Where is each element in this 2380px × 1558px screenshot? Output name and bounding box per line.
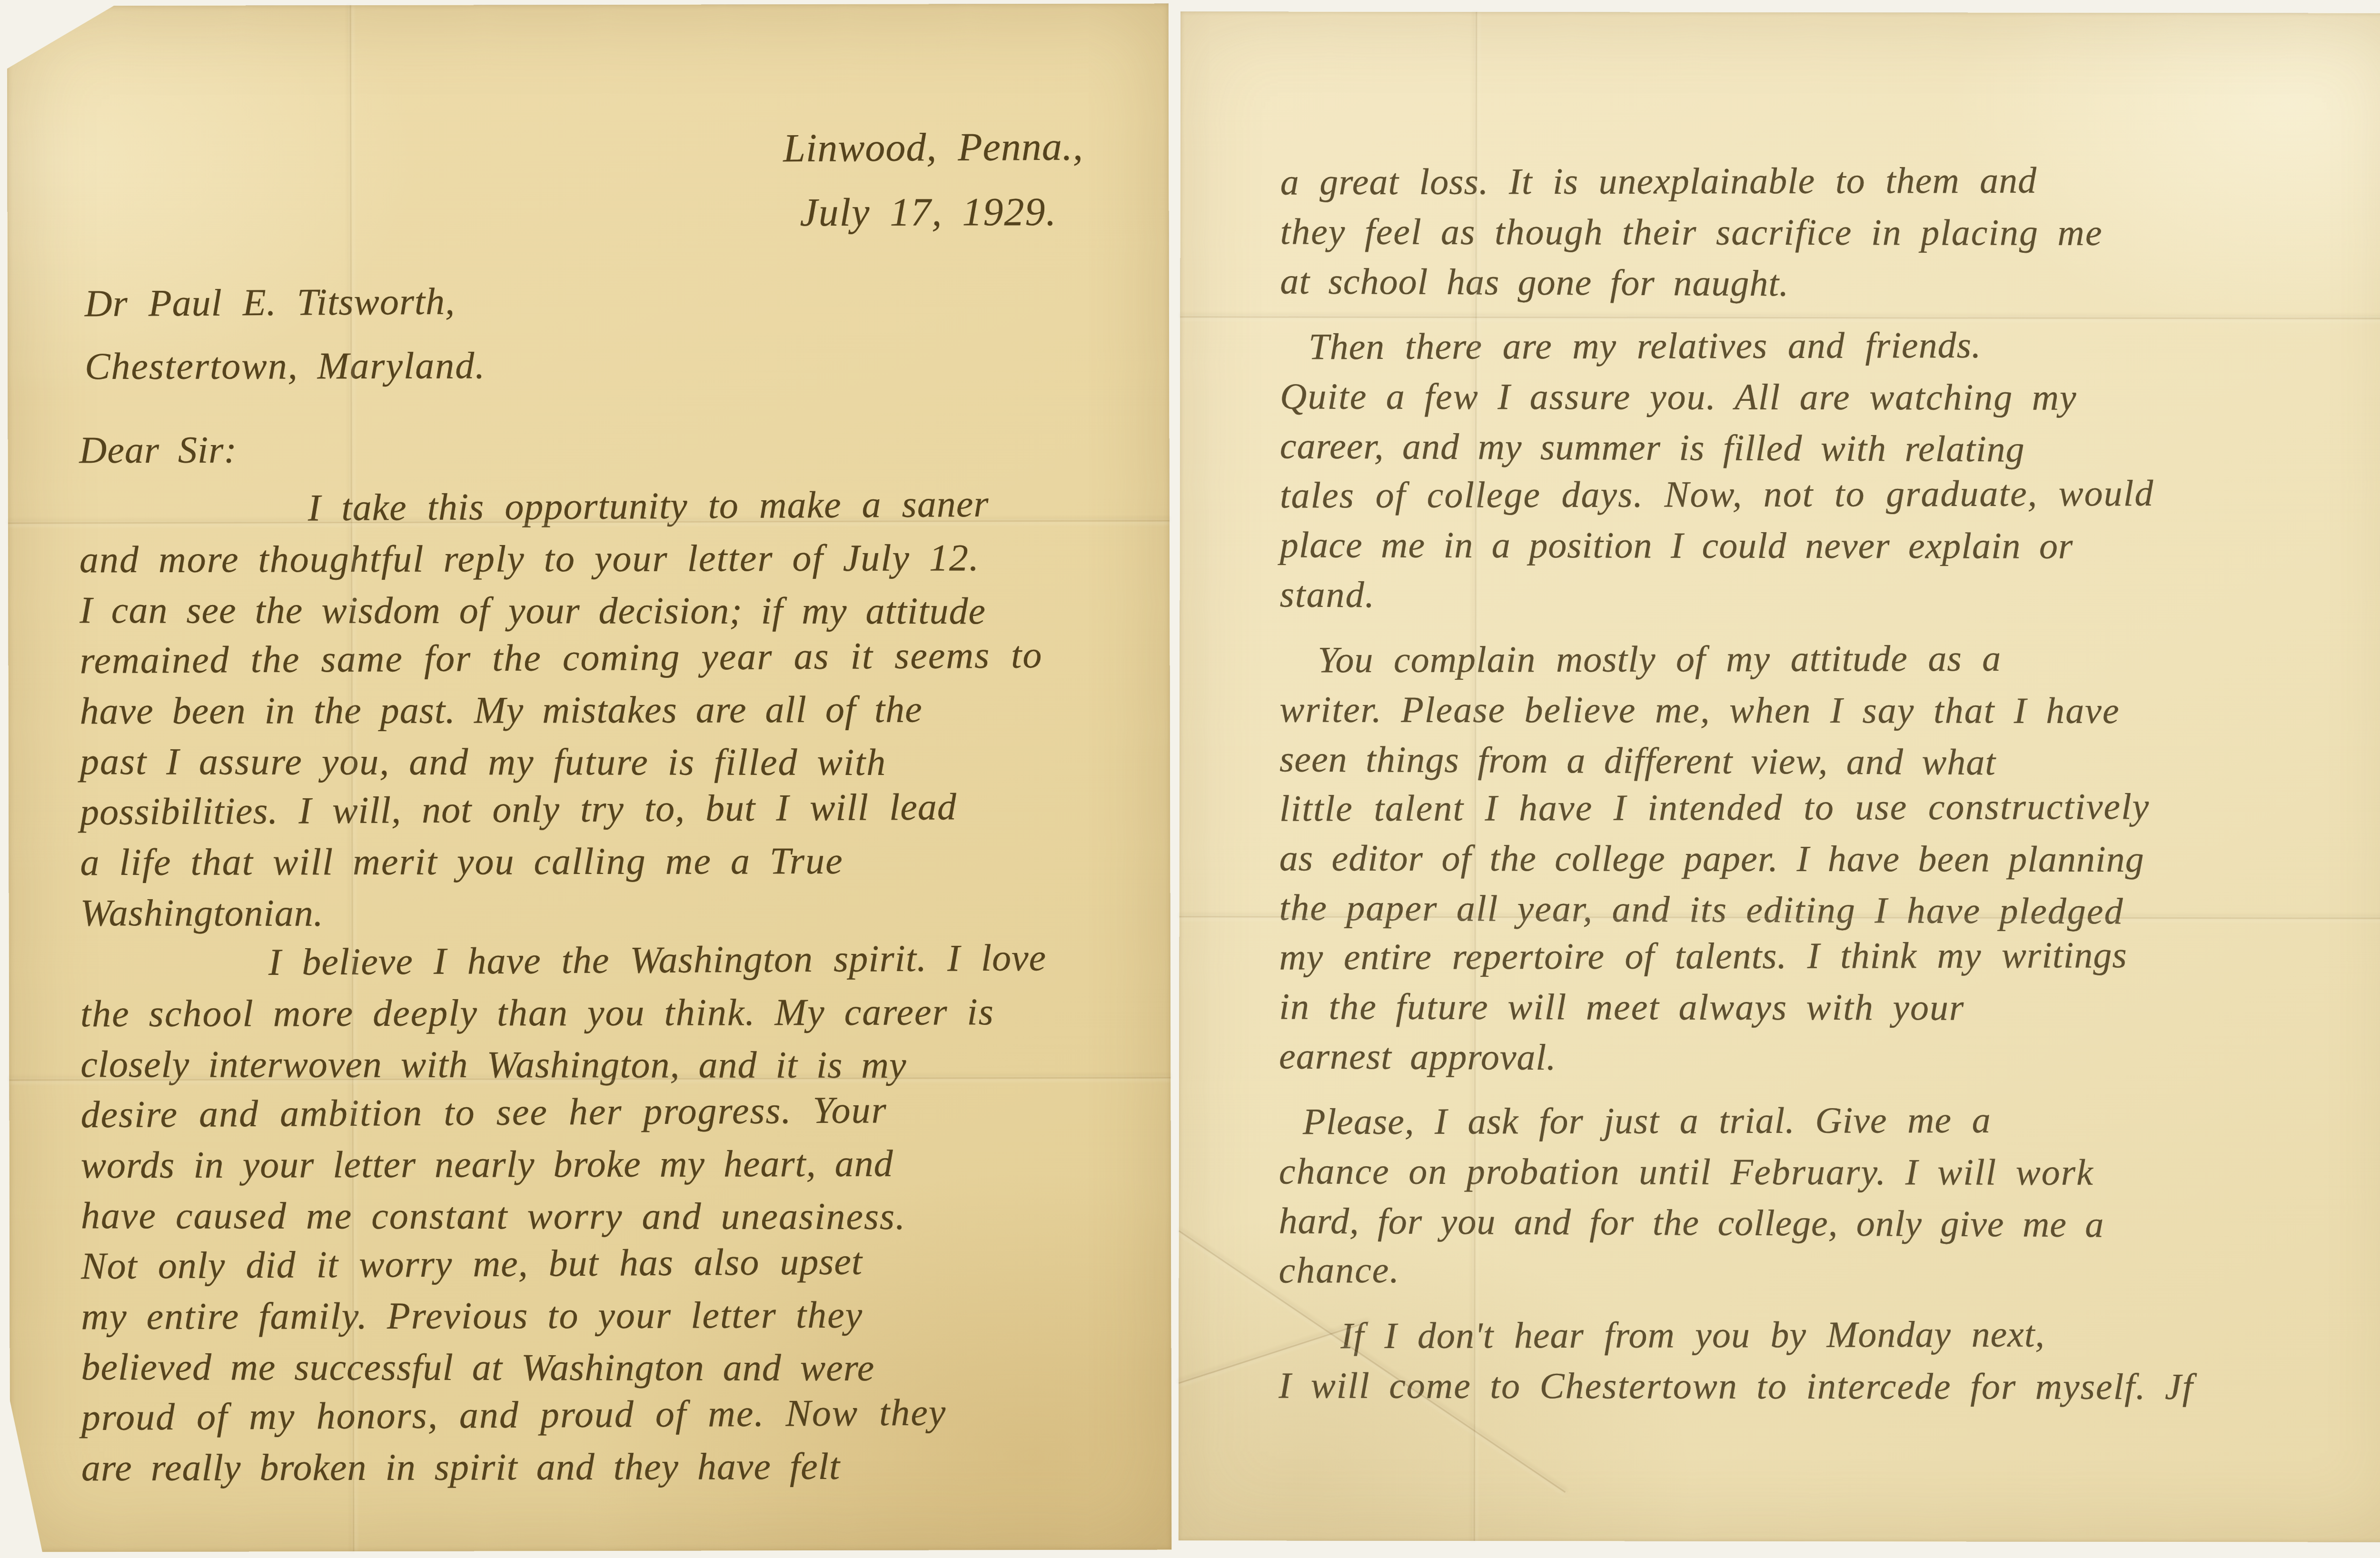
handwritten-line: the school more deeply than you think. M… (80, 987, 1113, 1040)
handwritten-line: I can see the wisdom of your decision; i… (79, 585, 1112, 636)
handwritten-line: desire and ambition to see her progress.… (80, 1083, 1114, 1140)
handwritten-line: and more thoughtful reply to your letter… (79, 533, 1112, 585)
handwritten-line: hard, for you and for the college, only … (1279, 1196, 2380, 1250)
page-1-body: I take this opportunity to make a sanera… (79, 482, 1114, 1494)
handwritten-line: earnest approval. (1279, 1031, 2380, 1086)
handwritten-line: a great loss. It is unexplainable to the… (1280, 155, 2380, 207)
handwritten-line: Quite a few I assure you. All are watchi… (1280, 371, 2380, 422)
handwritten-line: Not only did it worry me, but has also u… (81, 1235, 1114, 1291)
torn-corner (9, 1396, 43, 1553)
paragraph: a great loss. It is unexplainable to the… (1280, 157, 2380, 307)
handwritten-line: closely interwoven with Washington, and … (80, 1039, 1113, 1091)
handwritten-line: in the future will meet always with your (1279, 982, 2380, 1032)
handwritten-line: have caused me constant worry and uneasi… (81, 1191, 1114, 1242)
paragraph: Please, I ask for just a trial. Give me … (1279, 1097, 2380, 1296)
handwritten-line: possibilities. I will, not only try to, … (80, 781, 1113, 837)
handwritten-line: they feel as though their sacrifice in p… (1280, 207, 2380, 258)
handwritten-line: Then there are my relatives and friends. (1280, 319, 2380, 372)
handwritten-line: place me in a position I could never exp… (1280, 520, 2380, 571)
handwritten-line: I believe I have the Washington spirit. … (80, 932, 1114, 989)
handwritten-line: Please, I ask for just a trial. Give me … (1279, 1094, 2380, 1147)
handwritten-line: proud of my honors, and proud of me. Now… (81, 1386, 1114, 1443)
paragraph: I take this opportunity to make a sanera… (79, 482, 1113, 939)
handwritten-line: at school has gone for naught. (1280, 256, 2380, 311)
handwritten-line: You complain mostly of my attitude as a (1279, 633, 2380, 685)
paragraph: I believe I have the Washington spirit. … (80, 936, 1114, 1494)
paragraph: You complain mostly of my attitude as aw… (1279, 635, 2380, 1082)
heading-date: July 17, 1929. (800, 180, 1111, 245)
handwritten-line: Washingtonian. (80, 888, 1113, 939)
paragraph: If I don't hear from you by Monday next,… (1279, 1311, 2380, 1411)
paragraph: Then there are my relatives and friends.… (1279, 322, 2380, 620)
handwritten-line: stand. (1279, 569, 2380, 624)
handwritten-line: words in your letter nearly broke my hea… (81, 1138, 1114, 1191)
page-2-body: a great loss. It is unexplainable to the… (1279, 157, 2380, 1411)
recipient-address: Dr Paul E. Titsworth, Chestertown, Maryl… (85, 270, 1112, 398)
recipient-city: Chestertown, Maryland. (85, 333, 1112, 398)
handwritten-line: If I don't hear from you by Monday next, (1279, 1309, 2380, 1361)
handwritten-line: tales of college days. Now, not to gradu… (1280, 468, 2380, 520)
handwritten-line: remained the same for the coming year as… (79, 629, 1113, 686)
letter-page-1: Linwood, Penna., July 17, 1929. Dr Paul … (7, 3, 1172, 1552)
handwritten-line: as editor of the college paper. I have b… (1279, 833, 2380, 884)
handwritten-line: are really broken in spirit and they hav… (81, 1441, 1114, 1494)
recipient-name: Dr Paul E. Titsworth, (85, 266, 1112, 335)
handwritten-line: seen things from a different view, and w… (1279, 734, 2380, 789)
handwritten-line: have been in the past. My mistakes are a… (80, 684, 1113, 737)
torn-corner (6, 5, 116, 69)
scan-background: Linwood, Penna., July 17, 1929. Dr Paul … (0, 0, 2380, 1558)
handwritten-line: little talent I have I intended to use c… (1279, 781, 2380, 834)
handwritten-line: chance on probation until February. I wi… (1279, 1146, 2380, 1197)
handwritten-line: past I assure you, and my future is fill… (80, 736, 1113, 788)
handwritten-line: a life that will merit you calling me a … (80, 835, 1113, 888)
heading-place-date: Linwood, Penna., July 17, 1929. (783, 116, 1112, 245)
letter-page-2: a great loss. It is unexplainable to the… (1179, 11, 2380, 1542)
handwritten-line: my entire family. Previous to your lette… (81, 1290, 1114, 1342)
handwritten-line: chance. (1279, 1243, 2380, 1295)
handwritten-line: writer. Please believe me, when I say th… (1279, 685, 2380, 735)
handwritten-line: I take this opportunity to make a saner (79, 478, 1113, 535)
handwritten-line: I will come to Chestertown to intercede … (1279, 1360, 2380, 1411)
heading-place: Linwood, Penna., (783, 114, 1112, 180)
handwritten-line: my entire repertoire of talents. I think… (1279, 930, 2380, 982)
handwritten-line: career, and my summer is filled with rel… (1280, 421, 2380, 476)
salutation: Dear Sir: (79, 417, 1112, 482)
handwritten-line: believed me successful at Washington and… (81, 1342, 1114, 1393)
handwritten-line: the paper all year, and its editing I ha… (1279, 883, 2380, 937)
